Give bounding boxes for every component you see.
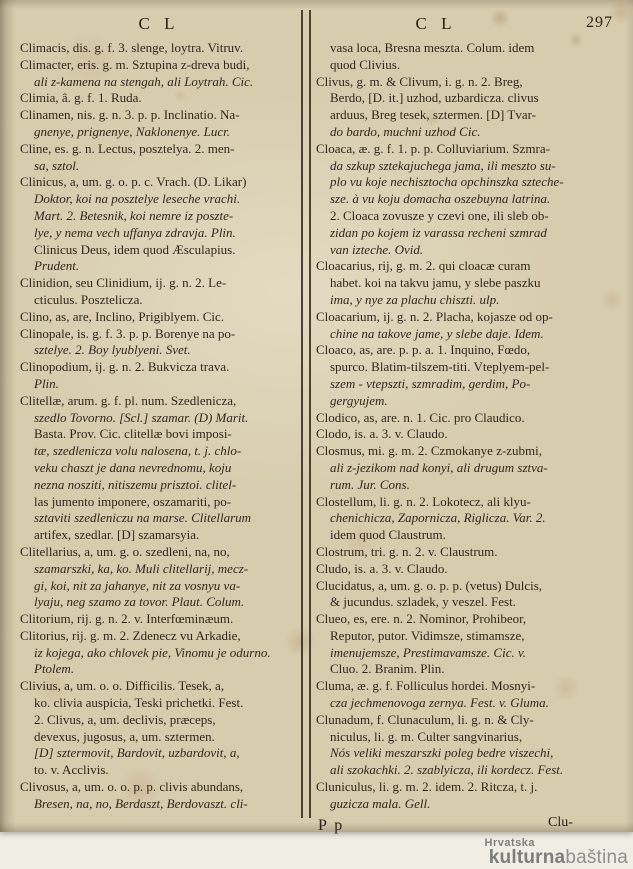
text-line: Doktor, koi na posztelye leseche vrachi. <box>20 191 300 208</box>
text-line: Clodo, is. a. 3. v. Claudo. <box>316 426 630 443</box>
text-line: 2. Cloaca zovusze y czevi one, ili sleb … <box>316 208 630 225</box>
text-line: Clivosus, a, um. o. o. p. p. clivis abun… <box>20 779 300 796</box>
watermark: Hrvatska kulturnabaština <box>485 838 628 867</box>
text-line: Clunadum, f. Clunaculum, li. g. n. & Cly… <box>316 712 630 729</box>
text-line: Prudent. <box>20 258 300 275</box>
text-line: Clitellarius, a, um. g. o. szedleni, na,… <box>20 544 300 561</box>
text-line: Clodico, as, are. n. 1. Cic. pro Claudic… <box>316 410 630 427</box>
text-line: tæ, szedlenicza volu nalosena, t. j. chl… <box>20 443 300 460</box>
text-line: imenujemsze, Prestimavamsze. Cic. v. <box>316 645 630 662</box>
signature-mark: P p <box>318 817 344 835</box>
text-line: arduus, Breg tesek, sztermen. [D] Tvar- <box>316 107 630 124</box>
text-line: & jucundus. szladek, y veszel. Fest. <box>316 594 630 611</box>
text-line: spurco. Blatim-tilszem-titi. Vteplyem-pe… <box>316 359 630 376</box>
column-header-right: C L <box>316 14 556 34</box>
text-line: Cloacarius, rij, g. m. 2. qui cloacæ cur… <box>316 258 630 275</box>
column-divider <box>301 10 311 818</box>
text-line: sa, sztol. <box>20 158 300 175</box>
text-line: Clino, as, are, Inclino, Prigiblyem. Cic… <box>20 309 300 326</box>
page-number: 297 <box>586 14 613 32</box>
text-line: [D] sztermovit, Bardovit, uzbardovit, a, <box>20 745 300 762</box>
text-line: rum. Jur. Cons. <box>316 477 630 494</box>
text-line: artifex, szedlar. [D] szamarsyia. <box>20 527 300 544</box>
text-line: sztaviti szedleniczu na marse. Clitellar… <box>20 510 300 527</box>
text-line: Clinopale, is. g. f. 3. p. p. Borenye na… <box>20 326 300 343</box>
parchment-sheet: C L C L 297 Climacis, dis. g. f. 3. slen… <box>0 0 633 832</box>
text-line: sze. à vu koju domacha oszebuyna latrina… <box>316 191 630 208</box>
watermark-line2-regular: baština <box>565 847 628 868</box>
text-line: ko. clivia auspicia, Teski prichetki. Fe… <box>20 695 300 712</box>
text-line: szamarszki, ka, ko. Muli clitellarij, me… <box>20 561 300 578</box>
text-line: chenichicza, Zapornicza, Riglicza. Var. … <box>316 510 630 527</box>
text-line: Clitorius, rij. g. m. 2. Zdenecz vu Arka… <box>20 628 300 645</box>
column-right: vasa loca, Bresna meszta. Colum. idemquo… <box>316 40 630 813</box>
text-line: Clinidion, seu Clinidium, ij. g. n. 2. L… <box>20 275 300 292</box>
text-line: quod Clivius. <box>316 57 630 74</box>
text-line: Cludo, is. a. 3. v. Claudo. <box>316 561 630 578</box>
text-line: Nós veliki meszarszki poleg bedre viszec… <box>316 745 630 762</box>
text-line: las jumento imponere, oszamariti, po- <box>20 494 300 511</box>
text-line: Bresen, na, no, Berdaszt, Berdovaszt. cl… <box>20 796 300 813</box>
text-line: iz kojega, ako chlovek pie, Vinomu je od… <box>20 645 300 662</box>
text-line: Clinicus Deus, idem quod Æsculapius. <box>20 242 300 259</box>
text-line: gergyujem. <box>316 393 630 410</box>
text-line: Clitorium, rij. g. n. 2. v. Interfœminæu… <box>20 611 300 628</box>
text-line: Climia, â. g. f. 1. Ruda. <box>20 90 300 107</box>
text-line: Clinopodium, ij. g. n. 2. Bukvicza trava… <box>20 359 300 376</box>
watermark-line2: kulturnabaština <box>485 848 628 867</box>
text-line: veku chaszt je dana nevrednomu, koju <box>20 460 300 477</box>
text-line: ali z-kamena na stengah, ali Loytrah. Ci… <box>20 74 300 91</box>
text-line: Cluma, æ. g. f. Folliculus hordei. Mosny… <box>316 678 630 695</box>
text-line: ima, y nye za plachu chiszti. ulp. <box>316 292 630 309</box>
text-line: devexus, jugosus, a, um. sztermen. <box>20 729 300 746</box>
text-line: szem - vtepszti, szmradim, gerdim, Po- <box>316 376 630 393</box>
watermark-line2-bold: kulturna <box>489 847 566 868</box>
column-left: Climacis, dis. g. f. 3. slenge, loytra. … <box>20 40 300 813</box>
text-line: Clinamen, nis. g. n. 3. p. p. Inclinatio… <box>20 107 300 124</box>
text-line: lyaju, neg szamo za tovor. Plaut. Colum. <box>20 594 300 611</box>
text-line: gi, koi, nit za jahanye, nit za vosnyu v… <box>20 578 300 595</box>
text-line: chine na takove jame, y slebe daje. Idem… <box>316 326 630 343</box>
text-line: Clueo, es, ere. n. 2. Nominor, Prohibeor… <box>316 611 630 628</box>
text-line: gnenye, prignenye, Naklonenye. Lucr. <box>20 124 300 141</box>
text-line: Clivius, a, um. o. o. Difficilis. Tesek,… <box>20 678 300 695</box>
text-line: to. v. Acclivis. <box>20 762 300 779</box>
text-line: Clivus, g. m. & Clivum, i. g. n. 2. Breg… <box>316 74 630 91</box>
text-line: Closmus, mi. g. m. 2. Czmokanye z-zubmi, <box>316 443 630 460</box>
text-line: Plin. <box>20 376 300 393</box>
text-line: Cloacarium, ij. g. n. 2. Placha, kojasze… <box>316 309 630 326</box>
text-line: Cluo. 2. Branim. Plin. <box>316 661 630 678</box>
column-header-left: C L <box>20 14 298 34</box>
text-line: lye, y nema vech uffanya zdravja. Plin. <box>20 225 300 242</box>
text-line: zidan po kojem iz varassa recheni szmrad <box>316 225 630 242</box>
text-line: Berdo, [D. it.] uzhod, uzbardicza. clivu… <box>316 90 630 107</box>
text-line: guzicza mala. Gell. <box>316 796 630 813</box>
text-line: Clitellæ, arum. g. f. pl. num. Szedlenic… <box>20 393 300 410</box>
text-line: van izteche. Ovid. <box>316 242 630 259</box>
page-scan: C L C L 297 Climacis, dis. g. f. 3. slen… <box>0 0 633 869</box>
text-line: idem quod Claustrum. <box>316 527 630 544</box>
text-line: Basta. Prov. Cic. clitellæ bovi imposi- <box>20 426 300 443</box>
text-line: 2. Clivus, a, um. declivis, præceps, <box>20 712 300 729</box>
text-line: vasa loca, Bresna meszta. Colum. idem <box>316 40 630 57</box>
text-line: szedlo Tovorno. [Scl.] szamar. (D) Marit… <box>20 410 300 427</box>
text-line: ali szokachki. 2. szablyicza, ili kordec… <box>316 762 630 779</box>
text-line: niculus, li. g. m. Culter sangvinarius, <box>316 729 630 746</box>
text-line: cticulus. Posztelicza. <box>20 292 300 309</box>
text-line: Mart. 2. Betesnik, koi nemre iz poszte- <box>20 208 300 225</box>
text-line: da szkup sztekajuchega jama, ili meszto … <box>316 158 630 175</box>
text-line: ali z-jezikom nad konyi, ali drugum sztv… <box>316 460 630 477</box>
text-line: Clostellum, li. g. n. 2. Lokotecz, ali k… <box>316 494 630 511</box>
text-line: Reputor, putor. Vidimsze, stimamsze, <box>316 628 630 645</box>
text-line: Cloaco, as, are. p. p. a. 1. Inquino, Fœ… <box>316 342 630 359</box>
text-line: Climacter, eris. g. m. Sztupina z-dreva … <box>20 57 300 74</box>
text-line: Cloaca, æ. g. f. 1. p. p. Colluviarium. … <box>316 141 630 158</box>
text-line: plo vu koje nechisztocha opchinszka szte… <box>316 174 630 191</box>
text-line: Cline, es. g. n. Lectus, posztelya. 2. m… <box>20 141 300 158</box>
text-line: habet. koi na takvu jamu, y slebe paszku <box>316 275 630 292</box>
text-line: Clinicus, a, um. g. o. p. c. Vrach. (D. … <box>20 174 300 191</box>
catchword: Clu- <box>548 815 573 831</box>
text-line: Climacis, dis. g. f. 3. slenge, loytra. … <box>20 40 300 57</box>
text-line: cza jechmenovoga zernya. Fest. v. Gluma. <box>316 695 630 712</box>
text-line: nezna nosziti, nitiszemu prisztoi. clite… <box>20 477 300 494</box>
text-line: do bardo, muchni uzhod Cic. <box>316 124 630 141</box>
text-line: Cluniculus, li. g. m. 2. idem. 2. Ritcza… <box>316 779 630 796</box>
text-line: sztelye. 2. Boy lyublyeni. Svet. <box>20 342 300 359</box>
text-line: Ptolem. <box>20 661 300 678</box>
text-line: Clucidatus, a, um. g. o. p. p. (vetus) D… <box>316 578 630 595</box>
text-line: Clostrum, tri. g. n. 2. v. Claustrum. <box>316 544 630 561</box>
